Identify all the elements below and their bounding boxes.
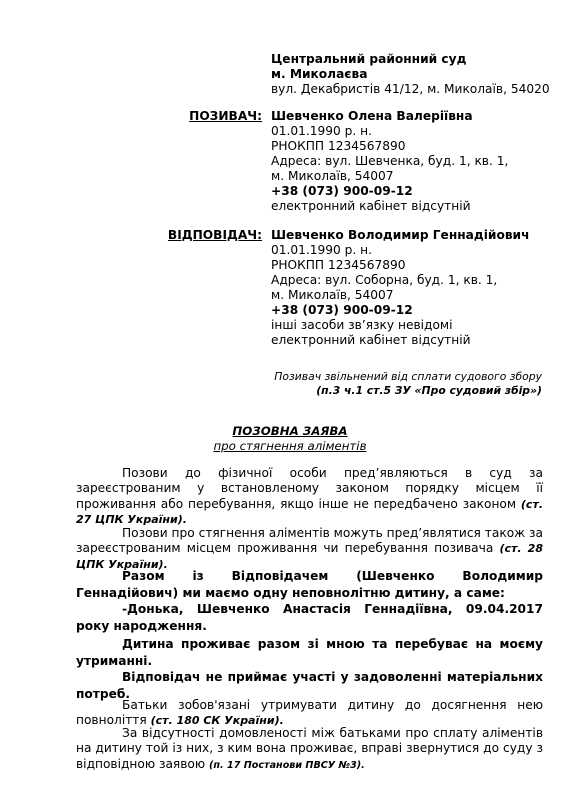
defendant-address-line1: Адреса: вул. Соборна, буд. 1, кв. 1, (271, 273, 529, 288)
document-title: ПОЗОВНА ЗАЯВА про стягнення аліментів (0, 424, 580, 454)
defendant-other-contacts: інші засоби зв’язку невідомі (271, 318, 529, 333)
plaintiff-address-line1: Адреса: вул. Шевченка, буд. 1, кв. 1, (271, 154, 508, 169)
defendant-label: ВІДПОВІДАЧ: (146, 228, 262, 243)
paragraph-text: Разом із Відповідачем (Шевченко Володими… (76, 569, 543, 600)
paragraph-parental-duty: Батьки зобов'язані утримувати дитину до … (76, 698, 543, 728)
defendant-birth: 01.01.1990 р. н. (271, 243, 529, 258)
paragraph-jurisdiction: Позови до фізичної особи пред’являються … (76, 466, 543, 527)
plaintiff-cabinet: електронний кабінет відсутній (271, 199, 508, 214)
court-city: м. Миколаєва (271, 67, 550, 82)
plaintiff-birth: 01.01.1990 р. н. (271, 124, 508, 139)
defendant-cabinet: електронний кабінет відсутній (271, 333, 529, 348)
paragraph-text: Позови до фізичної особи пред’являються … (76, 466, 543, 511)
paragraph-child-details: -Донька, Шевченко Анастасія Геннадіївна,… (76, 601, 543, 635)
defendant-phone: +38 (073) 900-09-12 (271, 303, 529, 318)
plaintiff-address-line2: м. Миколаїв, 54007 (271, 169, 508, 184)
court-fee-note: Позивач звільнений від сплати судового з… (274, 370, 542, 398)
paragraph-text: Позови про стягнення аліментів можуть пр… (76, 526, 543, 555)
plaintiff-rnokpp: РНОКПП 1234567890 (271, 139, 508, 154)
defendant-rnokpp: РНОКПП 1234567890 (271, 258, 529, 273)
defendant-address-line2: м. Миколаїв, 54007 (271, 288, 529, 303)
paragraph-text: -Донька, Шевченко Анастасія Геннадіївна,… (76, 602, 543, 633)
legal-citation: (ст. 180 СК України). (151, 714, 284, 727)
paragraph-text: Дитина проживає разом зі мною та перебув… (76, 637, 543, 668)
title-main: ПОЗОВНА ЗАЯВА (0, 424, 580, 439)
paragraph-court-application: За відсутності домовленості між батьками… (76, 726, 543, 773)
plaintiff-label: ПОЗИВАЧ: (172, 109, 262, 124)
paragraph-alimony-jurisdiction: Позови про стягнення аліментів можуть пр… (76, 526, 543, 572)
paragraph-text: Відповідач не приймає участі у задоволен… (76, 670, 543, 701)
plaintiff-phone: +38 (073) 900-09-12 (271, 184, 508, 199)
court-block: Центральний районний суд м. Миколаєва ву… (271, 52, 550, 97)
court-name: Центральний районний суд (271, 52, 550, 67)
defendant-block: Шевченко Володимир Геннадійович 01.01.19… (271, 228, 529, 348)
legal-citation: (п. 17 Постанови ПВСУ №3). (209, 760, 365, 771)
title-subtitle: про стягнення аліментів (0, 439, 580, 454)
paragraph-text: Батьки зобов'язані утримувати дитину до … (76, 698, 543, 727)
fee-note-citation: (п.3 ч.1 ст.5 ЗУ «Про судовий збір») (274, 384, 542, 398)
paragraph-child-residence: Дитина проживає разом зі мною та перебув… (76, 636, 543, 670)
plaintiff-block: Шевченко Олена Валеріївна 01.01.1990 р. … (271, 109, 508, 214)
court-address: вул. Декабристів 41/12, м. Миколаїв, 540… (271, 82, 550, 97)
defendant-name: Шевченко Володимир Геннадійович (271, 228, 529, 243)
plaintiff-name: Шевченко Олена Валеріївна (271, 109, 508, 124)
paragraph-child-statement: Разом із Відповідачем (Шевченко Володими… (76, 568, 543, 602)
fee-note-text: Позивач звільнений від сплати судового з… (274, 370, 542, 384)
